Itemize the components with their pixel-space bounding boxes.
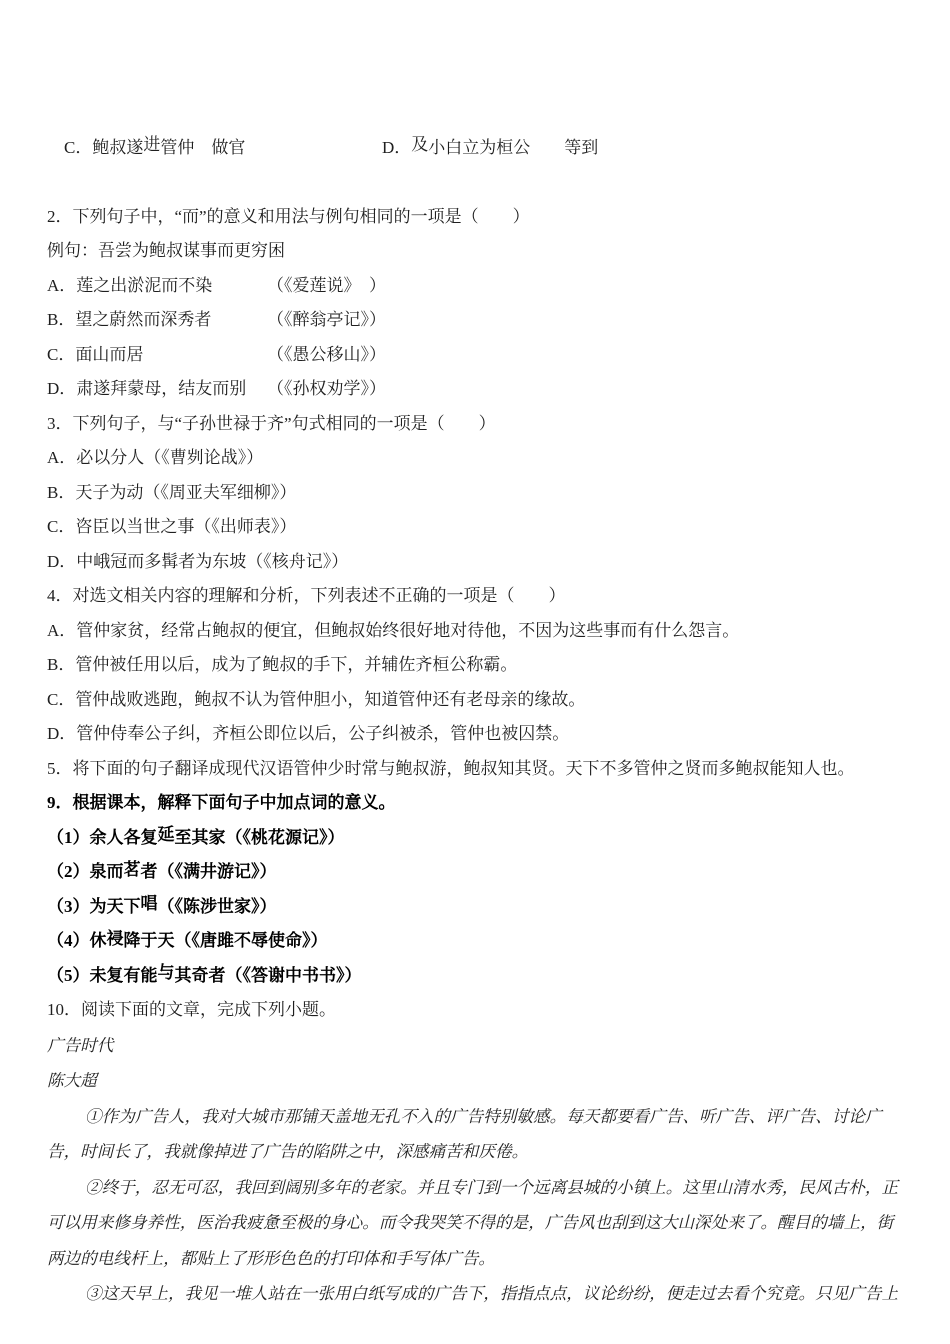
q2-option-b-cite: （《醉翁亭记》） bbox=[267, 310, 386, 329]
q9-item-4-post: 降于天（《唐雎不辱使命》） bbox=[124, 931, 328, 950]
q2-option-d-label: D．肃遂拜蒙母，结友而别 bbox=[47, 372, 267, 407]
article-author: 陈大超 bbox=[47, 1063, 905, 1099]
q2-option-d-cite: （《孙权劝学》） bbox=[267, 379, 386, 398]
q1-option-d-text: D． bbox=[382, 138, 411, 157]
q9-item-2: （2）泉而茗者（《满井游记》） bbox=[47, 855, 905, 890]
article-paragraph-2: ②终于，忍无可忍，我回到阔别多年的老家。并且专门到一个远离县城的小镇上。这里山清… bbox=[47, 1170, 905, 1277]
q4-option-d: D．管仲侍奉公子纠，齐桓公即位以后，公子纠被杀，管仲也被囚禁。 bbox=[47, 717, 905, 752]
question-2-example: 例句：吾尝为鲍叔谋事而更穷困 bbox=[47, 234, 905, 269]
q9-item-5-pre: （5）未复有能 bbox=[47, 966, 158, 985]
q1-option-c-gloss: 管仲 做官 bbox=[160, 138, 245, 157]
question-10-stem: 10．阅读下面的文章，完成下列小题。 bbox=[47, 993, 905, 1028]
q2-option-b-label: B．望之蔚然而深秀者 bbox=[47, 303, 267, 338]
q1-option-c-text: C．鲍叔遂 bbox=[64, 138, 143, 157]
q4-option-a: A．管仲家贫，经常占鲍叔的便宜，但鲍叔始终很好地对待他，不因为这些事而有什么怨言… bbox=[47, 614, 905, 649]
reading-article: 广告时代 陈大超 ①作为广告人，我对大城市那铺天盖地无孔不入的广告特别敏感。每天… bbox=[47, 1028, 905, 1312]
q9-item-4: （4）休祲降于天（《唐雎不辱使命》） bbox=[47, 924, 905, 959]
q4-option-c: C．管仲战败逃跑，鲍叔不认为管仲胆小，知道管仲还有老母亲的缘故。 bbox=[47, 683, 905, 718]
q1-option-d: D．及小白立为桓公 等到 bbox=[382, 135, 598, 157]
q3-option-d: D．中峨冠而多髯者为东坡（《核舟记》） bbox=[47, 545, 905, 580]
q9-item-4-pre: （4）休 bbox=[47, 931, 107, 950]
q1-options-cd-row: C．鲍叔遂进管仲 做官D．及小白立为桓公 等到 bbox=[47, 96, 905, 200]
q2-option-a: A．莲之出淤泥而不染（《爱莲说》 ） bbox=[47, 269, 905, 304]
q3-option-c: C．咨臣以当世之事（《出师表》） bbox=[47, 510, 905, 545]
q9-item-2-pre: （2）泉而 bbox=[47, 862, 124, 881]
emphasized-char: 及 bbox=[411, 135, 428, 154]
q2-option-c-cite: （《愚公移山》） bbox=[267, 345, 386, 364]
question-9-stem: 9．根据课本，解释下面句子中加点词的意义。 bbox=[47, 786, 905, 821]
article-paragraph-3: ③这天早上，我见一堆人站在一张用白纸写成的广告下，指指点点，议论纷纷，便走过去看… bbox=[47, 1276, 905, 1312]
q2-option-c: C．面山而居（《愚公移山》） bbox=[47, 338, 905, 373]
emphasized-char: 进 bbox=[143, 135, 160, 154]
emphasized-char: 祲 bbox=[107, 929, 124, 948]
emphasized-char: 茗 bbox=[124, 860, 141, 879]
emphasized-char: 与 bbox=[158, 963, 175, 982]
q9-item-5-post: 其奇者（《答谢中书书》） bbox=[175, 966, 362, 985]
question-2-stem: 2．下列句子中，“而”的意义和用法与例句相同的一项是（ ） bbox=[47, 200, 905, 235]
q9-item-1-post: 至其家（《桃花源记》） bbox=[175, 828, 345, 847]
exam-document-page: C．鲍叔遂进管仲 做官D．及小白立为桓公 等到 2．下列句子中，“而”的意义和用… bbox=[0, 0, 950, 1344]
question-4-stem: 4．对选文相关内容的理解和分析，下列表述不正确的一项是（ ） bbox=[47, 579, 905, 614]
q3-option-a: A．必以分人（《曹刿论战》） bbox=[47, 441, 905, 476]
question-5-stem: 5．将下面的句子翻译成现代汉语管仲少时常与鲍叔游，鲍叔知其贤。天下不多管仲之贤而… bbox=[47, 752, 905, 787]
q2-option-b: B．望之蔚然而深秀者（《醉翁亭记》） bbox=[47, 303, 905, 338]
q9-item-2-post: 者（《满井游记》） bbox=[141, 862, 277, 881]
emphasized-char: 延 bbox=[158, 825, 175, 844]
q2-option-a-cite: （《爱莲说》 ） bbox=[267, 276, 386, 295]
q9-item-3: （3）为天下唱（《陈涉世家》） bbox=[47, 890, 905, 925]
q2-option-c-label: C．面山而居 bbox=[47, 338, 267, 373]
q9-item-1-pre: （1）余人各复 bbox=[47, 828, 158, 847]
q2-option-d: D．肃遂拜蒙母，结友而别（《孙权劝学》） bbox=[47, 372, 905, 407]
q9-item-3-post: （《陈涉世家》） bbox=[158, 897, 277, 916]
question-3-stem: 3．下列句子，与“子孙世禄于齐”句式相同的一项是（ ） bbox=[47, 407, 905, 442]
q9-item-3-pre: （3）为天下 bbox=[47, 897, 141, 916]
q1-option-d-gloss: 小白立为桓公 等到 bbox=[428, 138, 598, 157]
q1-option-c: C．鲍叔遂进管仲 做官 bbox=[64, 131, 382, 166]
q9-item-1: （1）余人各复延至其家（《桃花源记》） bbox=[47, 821, 905, 856]
q2-option-a-label: A．莲之出淤泥而不染 bbox=[47, 269, 267, 304]
article-paragraph-1: ①作为广告人，我对大城市那铺天盖地无孔不入的广告特别敏感。每天都要看广告、听广告… bbox=[47, 1099, 905, 1170]
emphasized-char: 唱 bbox=[141, 894, 158, 913]
article-title: 广告时代 bbox=[47, 1028, 905, 1064]
q3-option-b: B．天子为动（《周亚夫军细柳》） bbox=[47, 476, 905, 511]
q9-item-5: （5）未复有能与其奇者（《答谢中书书》） bbox=[47, 959, 905, 994]
q4-option-b: B．管仲被任用以后，成为了鲍叔的手下，并辅佐齐桓公称霸。 bbox=[47, 648, 905, 683]
